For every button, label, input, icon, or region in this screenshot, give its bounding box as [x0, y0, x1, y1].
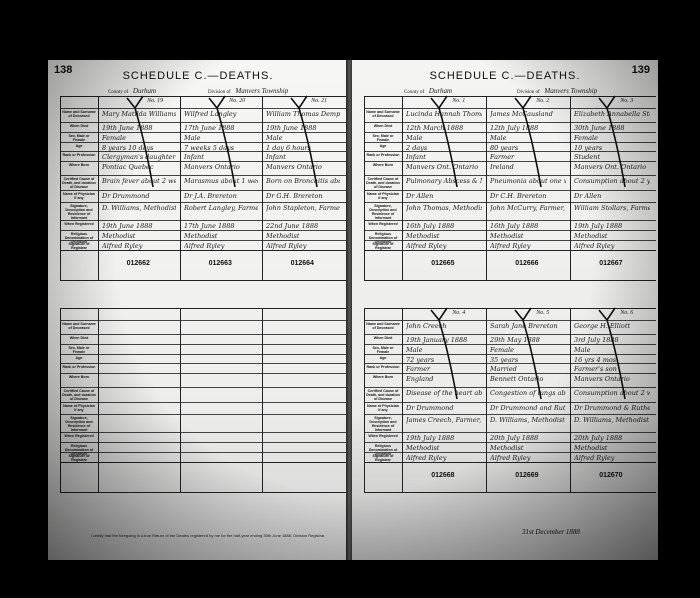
left-page: 138 SCHEDULE C.—DEATHS. County of Durham…	[48, 60, 348, 560]
col-rule	[402, 308, 403, 492]
row-rule	[364, 414, 656, 415]
schedule-title: SCHEDULE C.—DEATHS.	[352, 70, 658, 82]
row-label: Certified Cause of Death, and duration o…	[366, 389, 400, 401]
entry-religion: Methodist	[490, 444, 566, 452]
col-rule	[364, 96, 365, 280]
row-label: Signature of Registrar	[366, 454, 400, 462]
row-label: Name of Physician if any	[366, 404, 400, 412]
row-label: Name of Physician if any	[366, 192, 400, 200]
row-label: When Died	[366, 124, 400, 128]
row-rule	[60, 492, 346, 493]
entry-physician: Dr G.H. Brereton	[266, 192, 340, 200]
row-label: Rank or Profession	[62, 365, 96, 369]
entry-informant: D. Williams, Methodist Minister, Manvers	[490, 416, 566, 424]
entry-religion: Methodist	[490, 232, 566, 240]
row-label: Signature, Description and Residence of …	[366, 204, 400, 220]
row-label: Certified Cause of Death, and duration o…	[366, 177, 400, 189]
certification-footer: I certify that the foregoing is a true R…	[88, 533, 328, 538]
check-mark-icon	[427, 304, 477, 404]
entry-physician: Dr Allen	[574, 192, 650, 200]
entry-informant: John McCurry, Farmer, Manvers	[490, 204, 566, 212]
row-rule	[364, 432, 656, 433]
row-label: Where Born	[366, 163, 400, 167]
entry-physician: Dr C.H. Brereton	[490, 192, 566, 200]
row-label: Where Born	[62, 375, 96, 379]
row-rule	[364, 250, 656, 251]
right-page: 139 SCHEDULE C.—DEATHS. County of Durham…	[352, 60, 658, 560]
row-rule	[60, 344, 346, 345]
schedule-title: SCHEDULE C.—DEATHS.	[48, 70, 348, 82]
row-rule	[60, 220, 346, 221]
row-rule	[60, 230, 346, 231]
row-label: Signature, Description and Residence of …	[366, 416, 400, 432]
col-rule	[180, 96, 181, 280]
row-rule	[60, 462, 346, 463]
entry-registered: 20th July 1888	[574, 434, 650, 442]
entry-registrar: Alfred Ryley	[574, 454, 650, 462]
row-rule	[60, 202, 346, 203]
entry-registrar: Alfred Ryley	[490, 242, 566, 250]
entry-physician: Dr Drummond & Rutherford	[574, 404, 650, 412]
check-mark-icon	[595, 92, 645, 192]
entry-physician: Dr Drummond	[406, 404, 482, 412]
footer-date: 31st December 1888	[522, 528, 580, 536]
row-rule	[60, 354, 346, 355]
col-rule	[98, 308, 99, 492]
row-label: When Died	[366, 336, 400, 340]
row-label: Rank or Profession	[62, 153, 96, 157]
entry-registrar: Alfred Ryley	[574, 242, 650, 250]
col-rule	[570, 308, 571, 492]
row-label: Where Born	[62, 163, 96, 167]
entry-registered: 19th June 1888	[102, 222, 176, 230]
registration-number: 012662	[127, 260, 150, 267]
entry-registered: 20th July 1888	[490, 434, 566, 442]
row-rule	[60, 308, 346, 309]
row-label: Signature, Description and Residence of …	[62, 416, 96, 432]
row-label: Name and Surname of Deceased	[62, 322, 96, 330]
row-rule	[60, 320, 346, 321]
row-rule	[60, 414, 346, 415]
row-rule	[364, 462, 656, 463]
register-book: 138 SCHEDULE C.—DEATHS. County of Durham…	[48, 60, 660, 560]
entry-registrar: Alfred Ryley	[184, 242, 258, 250]
row-rule	[364, 230, 656, 231]
row-label: When Registered	[62, 434, 96, 438]
entry-registrar: Alfred Ryley	[490, 454, 566, 462]
row-label: Rank or Profession	[366, 153, 400, 157]
entry-informant: D. Williams, Methodist Minister, Manvers	[102, 204, 176, 212]
col-rule	[98, 96, 99, 280]
entry-informant: Robert Langley, Farmer, Manvers	[184, 204, 258, 212]
row-label: Sex, Male or Female	[62, 346, 96, 354]
entry-religion: Methodist	[102, 232, 176, 240]
row-label: When Registered	[366, 222, 400, 226]
registration-number: 012668	[431, 472, 454, 479]
check-mark-icon	[427, 92, 477, 192]
row-label: Name of Physician if any	[62, 192, 96, 200]
entry-religion: Methodist	[574, 444, 650, 452]
row-rule	[364, 492, 656, 493]
row-rule	[60, 280, 346, 281]
registration-number: 012667	[599, 260, 622, 267]
row-rule	[364, 442, 656, 443]
row-label: Name of Physician if any	[62, 404, 96, 412]
row-label: Age	[62, 144, 96, 148]
entry-religion: Methodist	[406, 444, 482, 452]
row-label: Signature of Registrar	[62, 454, 96, 462]
entry-physician: Dr Drummond and Rutherford & McDermid	[490, 404, 566, 412]
entry-religion: Methodist	[406, 232, 482, 240]
entry-physician: Dr Allen	[406, 192, 482, 200]
check-mark-icon	[287, 92, 337, 192]
row-label: When Died	[62, 336, 96, 340]
row-label: When Died	[62, 124, 96, 128]
row-label: Signature of Registrar	[62, 242, 96, 250]
row-label: Name and Surname of Deceased	[62, 110, 96, 118]
col-rule	[60, 308, 61, 492]
col-rule	[486, 96, 487, 280]
row-rule	[364, 220, 656, 221]
row-label: Sex, Male or Female	[366, 346, 400, 354]
row-rule	[364, 280, 656, 281]
entry-registrar: Alfred Ryley	[406, 454, 482, 462]
row-rule	[60, 363, 346, 364]
col-rule	[364, 308, 365, 492]
row-label: Sex, Male or Female	[62, 134, 96, 142]
check-mark-icon	[123, 92, 173, 192]
check-mark-icon	[511, 92, 561, 192]
check-mark-icon	[511, 304, 561, 404]
entry-informant: John Thomas, Methodist Minister, Manvers	[406, 204, 482, 212]
registration-number: 012669	[515, 472, 538, 479]
registration-number: 012666	[515, 260, 538, 267]
entry-registered: 19th July 1888	[406, 434, 482, 442]
registration-number: 012663	[209, 260, 232, 267]
row-label: Signature of Registrar	[366, 242, 400, 250]
col-rule	[486, 308, 487, 492]
col-rule	[262, 308, 263, 492]
row-rule	[60, 387, 346, 388]
entry-registered: 16th July 1888	[490, 222, 566, 230]
entry-informant: William Stollars, Farmer, Manvers	[574, 204, 650, 212]
entry-registrar: Alfred Ryley	[406, 242, 482, 250]
row-label: Sex, Male or Female	[366, 134, 400, 142]
row-label: Age	[62, 356, 96, 360]
entry-registered: 16th July 1888	[406, 222, 482, 230]
row-label: Where Born	[366, 375, 400, 379]
row-label: Name and Surname of Deceased	[366, 322, 400, 330]
row-rule	[60, 452, 346, 453]
entry-physician: Dr Drummond	[102, 192, 176, 200]
row-rule	[60, 373, 346, 374]
entry-informant: D. Williams, Methodist Minister, Manvers	[574, 416, 650, 424]
row-label: When Registered	[62, 222, 96, 226]
row-rule	[60, 250, 346, 251]
row-rule	[364, 452, 656, 453]
check-mark-icon	[205, 92, 255, 192]
entry-registrar: Alfred Ryley	[266, 242, 340, 250]
row-label: Name and Surname of Deceased	[366, 110, 400, 118]
check-mark-icon	[595, 304, 645, 404]
entry-informant: John Stapleton, Farmer, Manvers	[266, 204, 340, 212]
row-rule	[60, 240, 346, 241]
row-label: Age	[366, 144, 400, 148]
row-rule	[364, 202, 656, 203]
row-rule	[60, 442, 346, 443]
entry-religion: Methodist	[574, 232, 650, 240]
row-label: Signature, Description and Residence of …	[62, 204, 96, 220]
row-rule	[60, 432, 346, 433]
entry-physician: Dr J.A. Brereton	[184, 192, 258, 200]
col-rule	[570, 96, 571, 280]
entry-registrar: Alfred Ryley	[102, 242, 176, 250]
row-label: Certified Cause of Death, and duration o…	[62, 389, 96, 401]
entry-registered: 17th June 1888	[184, 222, 258, 230]
col-rule	[262, 96, 263, 280]
row-rule	[364, 240, 656, 241]
registration-number: 012670	[599, 472, 622, 479]
entry-informant: James Creech, Farmer, Manvers	[406, 416, 482, 424]
col-rule	[60, 96, 61, 280]
col-rule	[402, 96, 403, 280]
registration-number: 012664	[291, 260, 314, 267]
registration-number: 012665	[431, 260, 454, 267]
entry-registered: 19th July 1888	[574, 222, 650, 230]
row-label: Rank or Profession	[366, 365, 400, 369]
entry-registered: 22nd June 1888	[266, 222, 340, 230]
row-label: Certified Cause of Death, and duration o…	[62, 177, 96, 189]
col-rule	[180, 308, 181, 492]
entry-religion: Methodist	[184, 232, 258, 240]
entry-religion: Methodist	[266, 232, 340, 240]
row-rule	[60, 402, 346, 403]
row-label: When Registered	[366, 434, 400, 438]
row-label: Age	[366, 356, 400, 360]
row-rule	[60, 334, 346, 335]
